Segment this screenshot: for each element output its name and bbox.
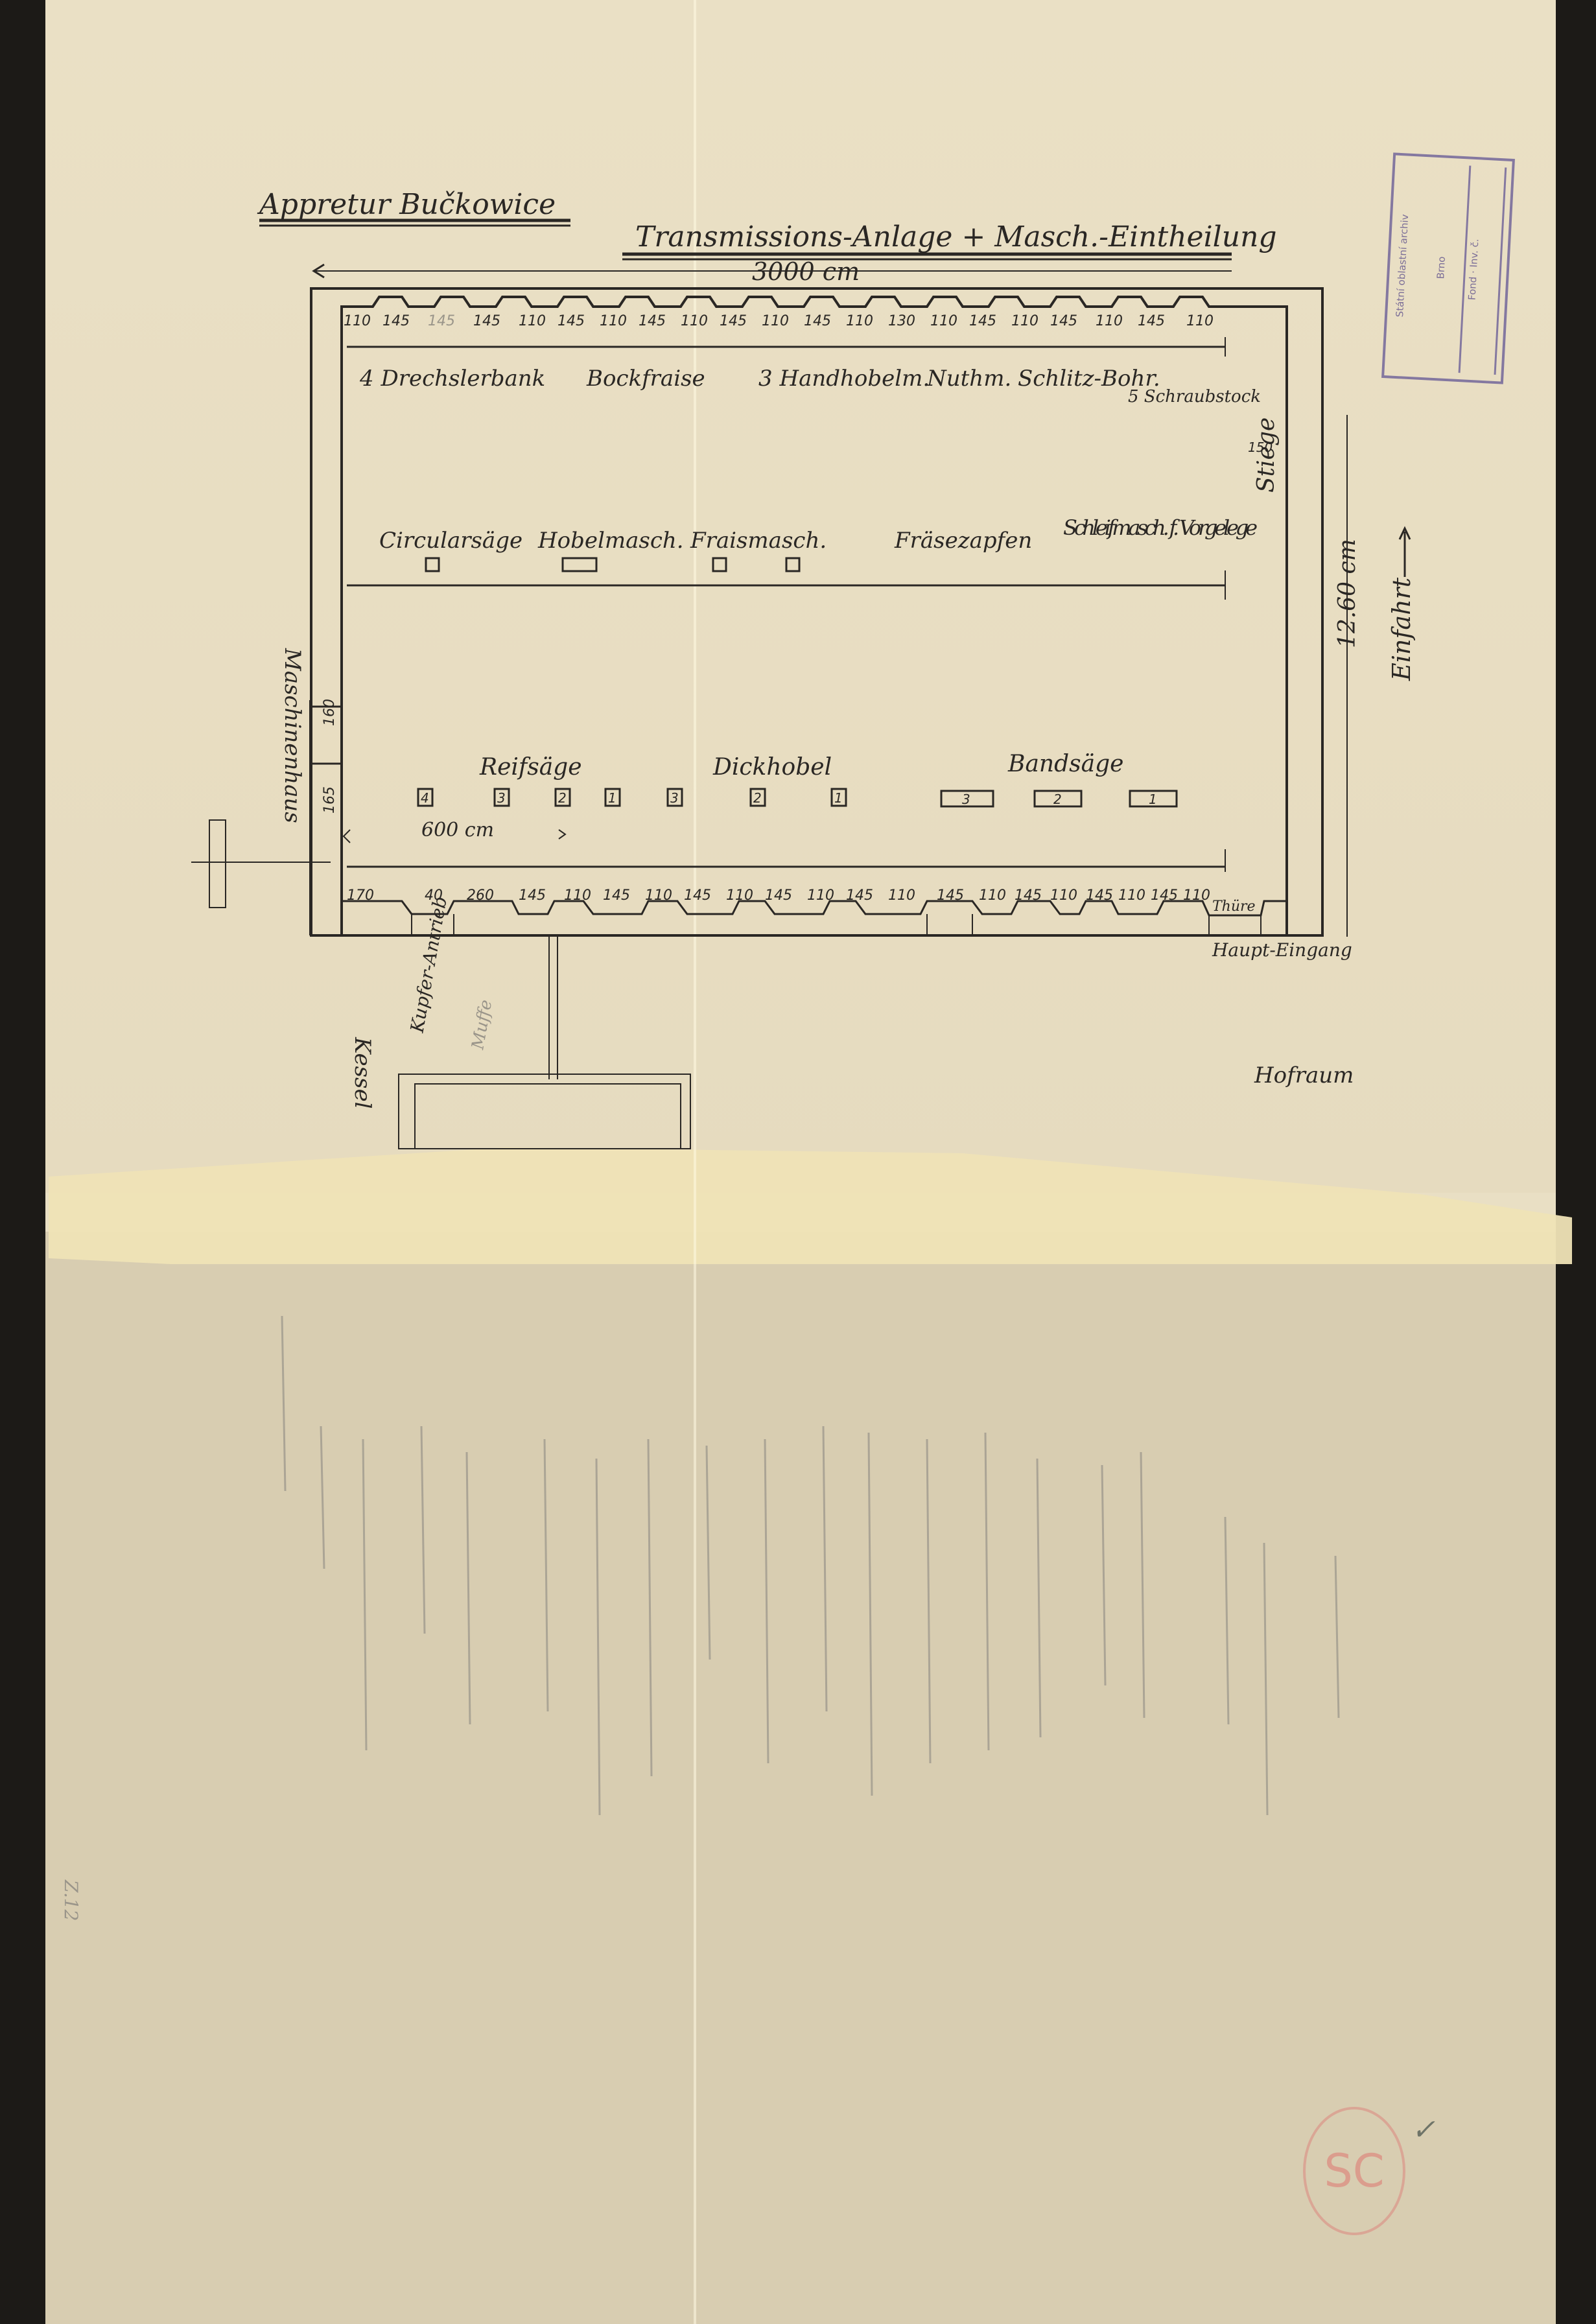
svg-text:110: 110 [846,313,873,329]
svg-text:145: 145 [603,887,630,904]
svg-text:3: 3 [670,790,679,806]
svg-text:110: 110 [1011,313,1039,329]
svg-text:110: 110 [1096,313,1123,329]
svg-text:110: 110 [807,887,834,904]
svg-text:260: 260 [467,887,494,904]
svg-text:4: 4 [421,790,429,806]
svg-text:1: 1 [608,790,616,806]
svg-text:145: 145 [846,887,873,904]
overall-depth-dimension: 12.60 cm [1334,539,1361,648]
flywheel [209,820,226,908]
label-circularsaege: Circularsäge [379,528,522,554]
svg-text:145: 145 [937,887,964,904]
bottom-bay-dimensions: 170 40 260 145 110 145 110 145 110 145 1… [347,887,1210,904]
label-hofraum: Hofraum [1254,1062,1354,1088]
row1-machine-labels: 4 Drechslerbank Bockfraise 3 Handhobelm.… [359,366,1160,392]
label-fraesezapfen: Fräsezapfen [894,528,1032,554]
label-schraubstock: 5 Schraubstock [1128,387,1261,406]
reverse-side-handwriting [282,1316,1339,1815]
label-drechslerbank: 4 Drechslerbank [359,366,545,392]
row3-machine-boxes: 4 3 2 1 3 2 1 3 2 1 [418,789,1177,807]
machine-box [786,558,799,571]
svg-text:110: 110 [930,313,957,329]
label-bandsaege: Bandsäge [1007,751,1123,777]
archive-stamp-name: Státní oblastní archiv [1391,162,1435,371]
svg-text:1: 1 [1149,792,1157,807]
svg-text:3: 3 [497,790,506,806]
svg-text:110: 110 [645,887,672,904]
label-reifsaege: Reifsäge [479,754,582,781]
side-dimension-165: 165 [322,786,338,814]
svg-text:145: 145 [1086,887,1113,904]
label-nuthmaschine: Nuthm. [926,366,1011,392]
row2-machine-labels: Circularsäge Hobelmasch. Fraismasch. Frä… [379,528,1032,554]
svg-text:110: 110 [344,313,371,329]
machine-box [426,558,439,571]
svg-text:110: 110 [1186,313,1214,329]
machine-box [713,558,726,571]
label-thuere: Thüre [1212,898,1256,915]
svg-text:145: 145 [969,313,996,329]
svg-text:145: 145 [639,313,666,329]
margin-pencil-mark: Z.12 [60,1879,82,1921]
top-bay-dimensions: 110 145 145 145 110 145 110 145 110 145 … [344,313,1214,329]
svg-text:110: 110 [1183,887,1210,904]
signature-mark: ✓ [1407,2113,1440,2146]
svg-text:170: 170 [347,887,374,904]
plan-title: Transmissions-Anlage + Masch.-Eintheilun… [635,220,1277,253]
round-red-stamp: SC [1303,2107,1405,2235]
svg-text:110: 110 [888,887,915,904]
svg-text:145: 145 [765,887,792,904]
svg-text:145: 145 [1138,313,1165,329]
svg-text:110: 110 [1050,887,1077,904]
heading: Appretur Bučkowice [257,188,556,221]
svg-text:110: 110 [762,313,789,329]
label-kupfer-antrieb: Kupfer-Antrieb [406,895,452,1035]
svg-text:145: 145 [1015,887,1042,904]
side-dimension-160: 160 [322,699,338,726]
label-stiege: Stiege [1253,417,1280,493]
span-600-dimension: 600 cm [421,819,494,841]
floor-plan-drawing: Appretur Bučkowice Transmissions-Anlage … [0,0,1596,2324]
svg-text:110: 110 [519,313,546,329]
archive-stamp: Státní oblastní archiv Brno Fond · Inv. … [1381,152,1515,384]
svg-text:145: 145 [684,887,711,904]
overall-width-dimension: 3000 cm [752,257,860,286]
svg-text:110: 110 [681,313,708,329]
svg-text:110: 110 [600,313,627,329]
label-einfahrt: Einfahrt [1387,577,1416,681]
svg-text:145: 145 [1151,887,1178,904]
boiler-house [399,1074,690,1149]
row3-machine-labels: Reifsäge Dickhobel Bandsäge [479,751,1123,781]
svg-text:145: 145 [720,313,747,329]
label-maschinenhaus: Maschinenhaus [279,648,305,823]
pencil-note-muffe: Muffe [468,998,496,1051]
svg-text:145: 145 [428,313,455,329]
svg-text:110: 110 [726,887,753,904]
label-bockfraise: Bockfraise [586,366,705,392]
label-kessel: Kessel [349,1037,375,1109]
svg-text:110: 110 [1118,887,1145,904]
svg-text:130: 130 [888,313,915,329]
label-fraismaschine: Fraismasch. [690,528,827,554]
svg-text:3: 3 [962,792,970,807]
svg-text:145: 145 [1050,313,1077,329]
svg-text:1: 1 [834,790,843,806]
label-hobelmaschine: Hobelmasch. [537,528,684,554]
svg-text:2: 2 [558,790,567,806]
svg-text:110: 110 [979,887,1006,904]
svg-text:145: 145 [473,313,500,329]
svg-text:110: 110 [564,887,591,904]
label-dickhobel: Dickhobel [712,754,832,781]
svg-text:145: 145 [557,313,585,329]
label-schleifmaschine: Schleifmasch. f. Vorgelege [1063,515,1258,540]
svg-text:2: 2 [1053,792,1062,807]
svg-text:145: 145 [382,313,410,329]
label-haupt: Haupt-Eingang [1212,939,1352,961]
label-handhobelmaschine: 3 Handhobelm. [758,366,930,392]
svg-text:145: 145 [519,887,546,904]
machine-box [563,558,596,571]
svg-text:2: 2 [753,790,762,806]
svg-text:145: 145 [804,313,831,329]
